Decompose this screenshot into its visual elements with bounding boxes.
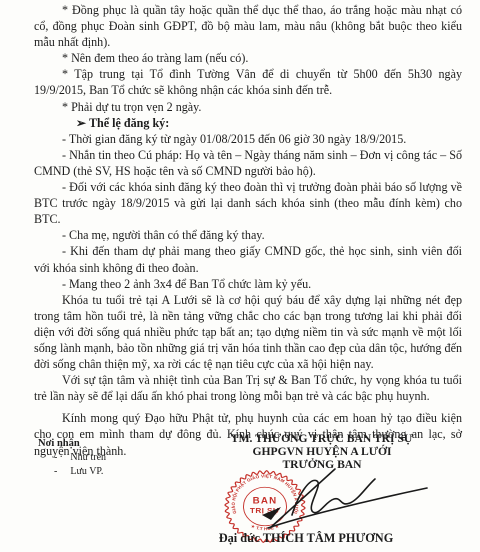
paragraph: - Mang theo 2 ảnh 3x4 để Ban Tổ chức làm… — [34, 276, 462, 292]
scanned-document-page: * Đồng phục là quần tây hoặc quần thể dụ… — [0, 0, 480, 552]
signer-name: Đại đức THÍCH TÂM PHƯƠNG — [196, 531, 416, 546]
recipients-list: Như trênLưu VP. — [38, 452, 106, 477]
paragraph: * Nên đem theo áo tràng lam (nếu có). — [34, 50, 462, 66]
recipients-block: Nơi nhận Như trênLưu VP. — [38, 438, 106, 477]
paragraph: - Thời gian đăng ký từ ngày 01/08/2015 đ… — [34, 131, 462, 147]
signature-stroke-cross — [270, 469, 335, 528]
recipient-item: Như trên — [38, 452, 106, 464]
paragraph: - Nhắn tin theo Cú pháp: Họ và tên – Ngà… — [34, 147, 462, 179]
paragraph: - Khi đến tham dự phải mang theo giấy CM… — [34, 243, 462, 275]
document-body: * Đồng phục là quần tây hoặc quần thể dụ… — [34, 2, 462, 459]
signature-arrowhead — [262, 507, 281, 520]
authority-line-1: TM. THƯỜNG TRỰC BAN TRỊ SỰ — [222, 432, 422, 445]
recipient-item: Lưu VP. — [38, 466, 106, 478]
paragraph: Khóa tu tuổi trẻ tại A Lưới sẽ là cơ hội… — [34, 292, 462, 372]
paragraph: ➢ Thể lệ đăng ký: — [34, 115, 462, 131]
paragraph: - Cha mẹ, người thân có thể đăng ký thay… — [34, 227, 462, 243]
recipients-label: Nơi nhận — [38, 438, 106, 450]
paragraph: * Tập trung tại Tổ đình Tường Vân để di … — [34, 66, 462, 98]
paragraph: - Đối với các khóa sinh đăng ký theo đoà… — [34, 179, 462, 227]
paragraph: Với sự tận tâm và nhiệt tình của Ban Trị… — [34, 372, 462, 404]
paragraph: * Đồng phục là quần tây hoặc quần thể dụ… — [34, 2, 462, 50]
paragraph: * Phải dự tu trọn vẹn 2 ngày. — [34, 99, 462, 115]
